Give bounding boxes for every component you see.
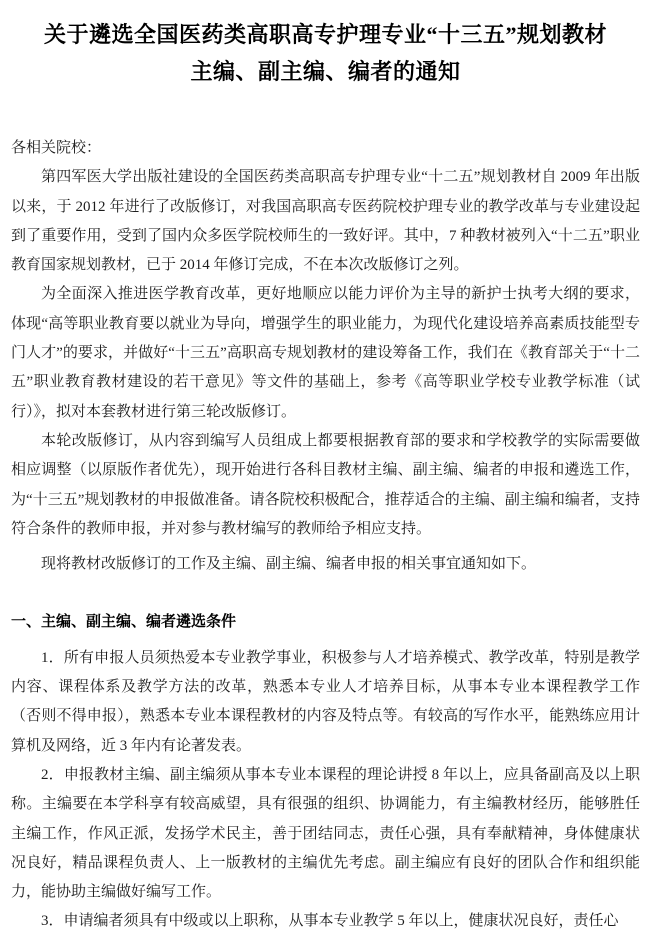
document-body: 各相关院校： 第四军医大学出版社建设的全国医药类高职高专护理专业“十二五”规划教… [11,134,640,937]
document-title: 关于遴选全国医药类高职高专护理专业“十三五”规划教材 主编、副主编、编者的通知 [11,16,640,90]
paragraph-4: 现将教材改版修订的工作及主编、副主编、编者申报的相关事宜通知如下。 [11,550,640,579]
salutation: 各相关院校： [11,134,640,163]
title-line-1: 关于遴选全国医药类高职高专护理专业“十三五”规划教材 [11,16,640,53]
paragraph-2: 为全面深入推进医学教育改革，更好地顺应以能力评价为主导的新护士执考大纲的要求，体… [11,280,640,426]
paragraph-3: 本轮改版修订，从内容到编写人员组成上都要根据教育部的要求和学校教学的实际需要做相… [11,427,640,544]
condition-item-3: 3．申请编者须具有中级或以上职称，从事本专业教学 5 年以上，健康状况良好，责任… [11,907,640,936]
section-heading-selection-conditions: 一、主编、副主编、编者遴选条件 [11,608,640,637]
paragraph-1: 第四军医大学出版社建设的全国医药类高职高专护理专业“十二五”规划教材自 2009… [11,163,640,280]
title-line-2: 主编、副主编、编者的通知 [11,53,640,90]
condition-item-1: 1．所有申报人员须热爱本专业教学事业，积极参与人才培养模式、教学改革，特别是教学… [11,644,640,761]
condition-item-2: 2．申报教材主编、副主编须从事本专业本课程的理论讲授 8 年以上，应具备副高及以… [11,761,640,907]
document-page: 关于遴选全国医药类高职高专护理专业“十三五”规划教材 主编、副主编、编者的通知 … [0,0,650,940]
